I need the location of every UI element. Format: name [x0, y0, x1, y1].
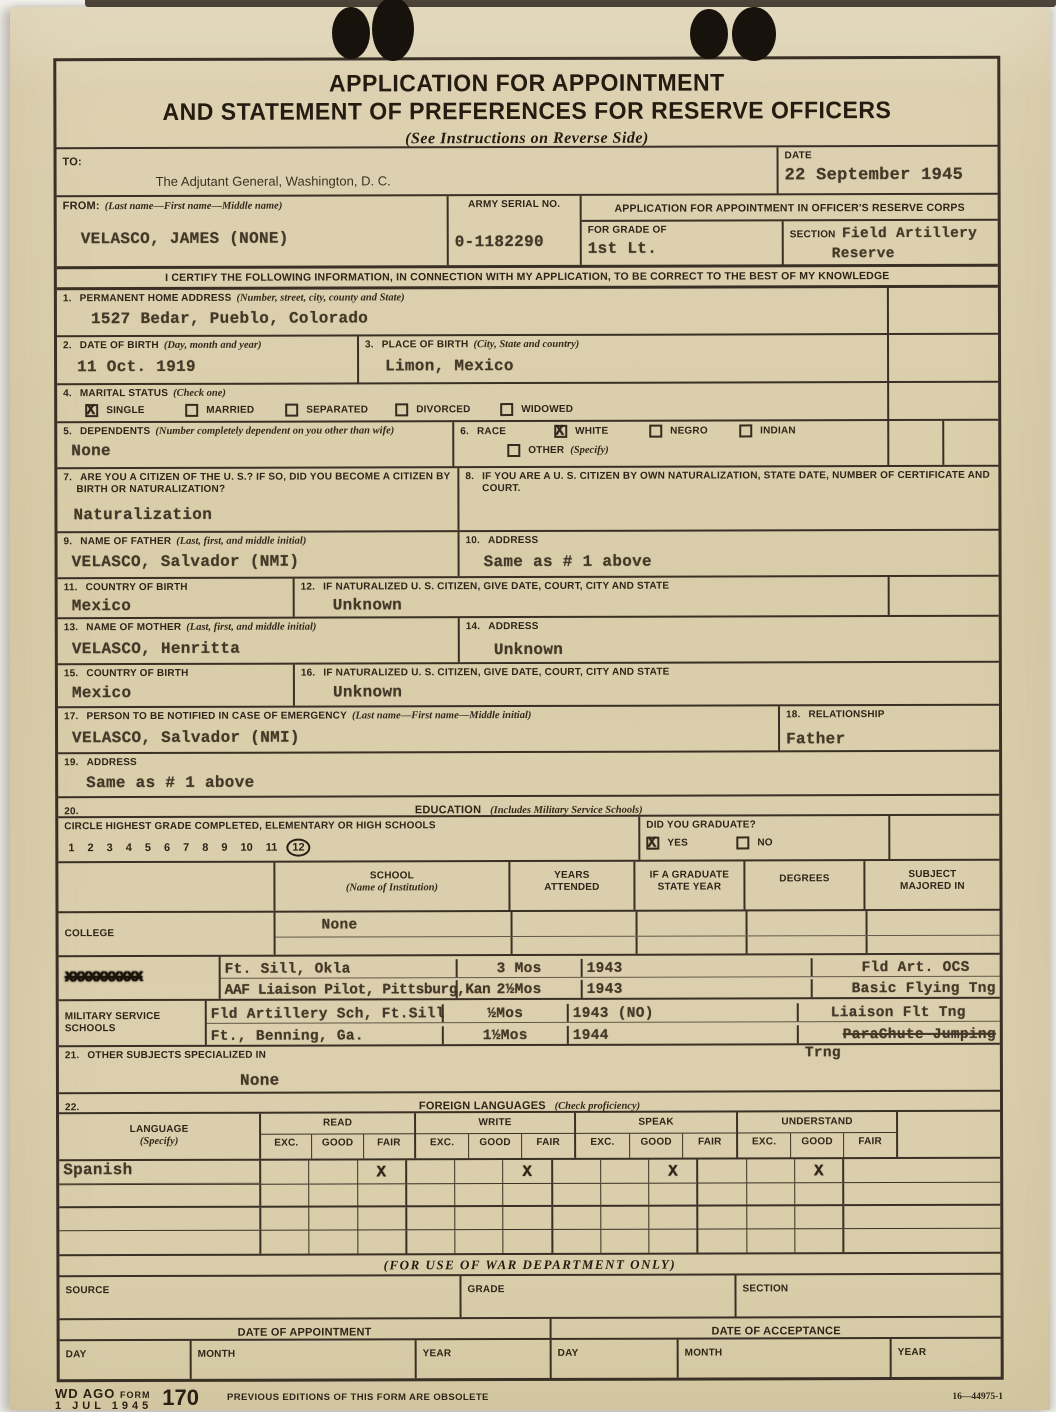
college-school-value: None	[322, 917, 358, 933]
checkbox-white: X	[554, 425, 567, 438]
grade-completed-row: CIRCLE HIGHEST GRADE COMPLETED, ELEMENTA…	[58, 814, 999, 861]
section-value-1: Field Artillery	[842, 226, 977, 242]
date-of-appointment-header: DATE OF APPOINTMENT	[60, 1319, 550, 1339]
certify-statement: I CERTIFY THE FOLLOWING INFORMATION, IN …	[57, 264, 998, 287]
col-read: READ EXC.GOODFAIR	[259, 1113, 414, 1158]
col-language: LANGUAGE (Specify)	[59, 1114, 259, 1160]
from-value: VELASCO, JAMES (NONE)	[81, 229, 441, 248]
appointment-month-field: MONTH	[190, 1340, 415, 1379]
field-8-naturalization-details: 8.IF YOU ARE A U. S. CITIZEN BY OWN NATU…	[457, 467, 998, 530]
appointment-year-field: YEAR	[415, 1340, 550, 1378]
language-row-empty	[59, 1182, 1000, 1206]
field-19-address: 19.ADDRESS Same as # 1 above	[58, 750, 999, 796]
father-country-value: Mexico	[72, 597, 287, 616]
to-label: TO:	[63, 156, 82, 168]
from-hint: (Last name—First name—Middle name)	[105, 201, 283, 212]
field-5-dependents: 5.DEPENDENTS(Number completely dependent…	[57, 422, 452, 467]
from-field: FROM: (Last name—First name—Middle name)…	[57, 196, 447, 266]
field-4-marital-status: 4.MARITAL STATUS(Check one) XSINGLE MARR…	[57, 381, 998, 421]
date-field: DATE 22 September 1945	[777, 147, 998, 194]
checkbox-separated	[285, 404, 298, 417]
form-date: 1 JUL 1945	[55, 1401, 152, 1410]
checkbox-graduate-yes: X	[646, 837, 659, 850]
field-21-other-subjects: 21.OTHER SUBJECTS SPECIALIZED IN None	[59, 1043, 1000, 1092]
wd-grade-field: GRADE	[459, 1275, 734, 1317]
field-22-languages-header: 22. FOREIGN LANGUAGES (Check proficiency…	[59, 1090, 1000, 1112]
education-row: Ft., Benning, Ga. 1½Mos 1944 ParaChute J…	[207, 1021, 1000, 1045]
to-field: TO: The Adjutant General, Washington, D.…	[57, 147, 777, 195]
military-row-label: MILITARY SERVICE SCHOOLS	[65, 1011, 199, 1035]
education-row: Fld Artillery Sch, Ft.Sill ½Mos 1943 (NO…	[207, 999, 1000, 1024]
section-value-2: Reserve	[832, 246, 992, 262]
col-if-graduate: IF A GRADUATE STATE YEAR	[633, 861, 743, 909]
fields-2-3-row: 2.DATE OF BIRTH(Day, month and year) 11 …	[57, 333, 998, 383]
field-20-education-header: 20. EDUCATION (Includes Military Service…	[58, 794, 999, 816]
form-title-block: APPLICATION FOR APPOINTMENT AND STATEMEN…	[56, 59, 997, 147]
form-id-block: WD AGO FORM 1 JUL 1945	[55, 1388, 152, 1410]
ink-blot	[332, 7, 370, 59]
war-dept-source-row: SOURCE GRADE SECTION	[59, 1273, 1000, 1318]
scanned-form-paper: APPLICATION FOR APPOINTMENT AND STATEMEN…	[10, 7, 1050, 1410]
grade-numbers: 1234567891011 12	[68, 838, 632, 857]
acceptance-month-field: MONTH	[677, 1339, 890, 1378]
scanner-edge-artifact	[85, 0, 1056, 7]
language-table-header: LANGUAGE (Specify) READ EXC.GOODFAIR WRI…	[59, 1110, 1000, 1159]
office-use-cell	[942, 421, 998, 465]
education-struck-group: XXXXXXXXXX Ft. Sill, Okla 3 Mos 1943 Fld…	[59, 953, 1000, 999]
field-15-mother-country: 15.COUNTRY OF BIRTH Mexico	[58, 665, 293, 707]
checkbox-negro	[649, 425, 662, 438]
grade-field: FOR GRADE OF 1st Lt.	[582, 221, 782, 266]
army-serial-field: ARMY SERIAL NO. 0-1182290	[447, 196, 580, 265]
checkbox-indian	[739, 424, 752, 437]
language-row-empty	[59, 1204, 1000, 1230]
mother-address-value: Unknown	[494, 640, 993, 659]
print-code: 16—44975-1	[952, 1392, 1015, 1402]
struck-row-label: XXXXXXXXXX	[65, 970, 142, 986]
from-label: FROM:	[63, 200, 100, 212]
ink-blot	[732, 7, 776, 61]
mother-name-value: VELASCO, Henritta	[72, 639, 452, 658]
other-subjects-value: None	[240, 1070, 994, 1090]
office-use-cell	[888, 816, 999, 859]
fields-5-6-row: 5.DEPENDENTS(Number completely dependent…	[57, 419, 998, 467]
army-serial-value: 0-1182290	[455, 233, 574, 251]
field-14-mother-address: 14.ADDRESS Unknown	[458, 617, 999, 662]
obsolete-note: PREVIOUS EDITIONS OF THIS FORM ARE OBSOL…	[227, 1392, 489, 1403]
from-row: FROM: (Last name—First name—Middle name)…	[57, 193, 998, 266]
form-title-line1: APPLICATION FOR APPOINTMENT	[75, 69, 978, 99]
wd-ago-form-170: APPLICATION FOR APPOINTMENT AND STATEMEN…	[53, 56, 1003, 1382]
language-row-empty	[59, 1228, 1000, 1254]
field-12-father-naturalized: 12.IF NATURALIZED U. S. CITIZEN, GIVE DA…	[293, 577, 888, 617]
father-address-value: Same as # 1 above	[484, 552, 993, 571]
field-18-relationship: 18.RELATIONSHIP Father	[778, 706, 999, 751]
war-dept-header: (FOR USE OF WAR DEPARTMENT ONLY)	[59, 1252, 1000, 1275]
form-title-line2: AND STATEMENT OF PREFERENCES FOR RESERVE…	[75, 97, 978, 127]
form-number: 170	[162, 1388, 199, 1408]
education-military-group: MILITARY SERVICE SCHOOLS Fld Artillery S…	[59, 997, 1000, 1045]
field-9-name-of-father: 9.NAME OF FATHER(Last, first, and middle…	[58, 532, 458, 577]
did-you-graduate-field: DID YOU GRADUATE? XYES NO	[638, 816, 888, 860]
mother-country-value: Mexico	[72, 684, 287, 703]
place-of-birth-value: Limon, Mexico	[385, 356, 881, 375]
date-value: 22 September 1945	[785, 166, 992, 186]
checkbox-other-race	[507, 444, 520, 457]
section-field: SECTION Field Artillery Reserve	[782, 221, 998, 266]
language-row-spanish: Spanish X X X X	[59, 1157, 1000, 1184]
education-row: Ft. Sill, Okla 3 Mos 1943 Fld Art. OCS	[221, 955, 1000, 979]
appointment-day-field: DAY	[60, 1341, 190, 1379]
office-use-cell	[888, 577, 999, 615]
checkbox-married	[185, 404, 198, 417]
father-name-value: VELASCO, Salvador (NMI)	[72, 552, 452, 571]
relationship-value: Father	[786, 730, 993, 749]
education-row: AAF Liaison Pilot, Pittsburg,Kan 2½Mos 1…	[221, 976, 1000, 999]
date-of-birth-value: 11 Oct. 1919	[77, 357, 351, 376]
language-value: Spanish	[63, 1161, 132, 1179]
col-write: WRITE EXC.GOODFAIR	[414, 1113, 574, 1158]
col-degrees: DEGREES	[743, 861, 863, 909]
wd-section-field: SECTION	[734, 1275, 1000, 1317]
home-address-value: 1527 Bedar, Pueblo, Colorado	[91, 308, 881, 328]
to-value: The Adjutant General, Washington, D. C.	[156, 172, 771, 189]
grade-circle-field: CIRCLE HIGHEST GRADE COMPLETED, ELEMENTA…	[58, 817, 638, 862]
field-1-permanent-home-address: 1.PERMANENT HOME ADDRESS(Number, street,…	[57, 285, 998, 335]
understand-fair-mark: X	[814, 1162, 824, 1180]
address-19-value: Same as # 1 above	[86, 772, 993, 792]
corps-header: APPLICATION FOR APPOINTMENT IN OFFICER'S…	[582, 195, 998, 222]
army-serial-label: ARMY SERIAL NO.	[455, 199, 574, 211]
speak-fair-mark: X	[668, 1163, 678, 1181]
field-7-citizen: 7.ARE YOU A CITIZEN OF THE U. S.? IF SO,…	[57, 468, 457, 531]
field-10-father-address: 10.ADDRESS Same as # 1 above	[458, 531, 999, 576]
war-dept-dmy-row: DAY MONTH YEAR DAY MONTH YEAR	[60, 1337, 1001, 1379]
col-school: SCHOOL (Name of Institution)	[273, 862, 508, 911]
acceptance-day-field: DAY	[550, 1340, 677, 1378]
emergency-contact-value: VELASCO, Salvador (NMI)	[72, 727, 772, 747]
fields-17-18-row: 17.PERSON TO BE NOTIFIED IN CASE OF EMER…	[58, 704, 999, 752]
ink-blot	[690, 9, 728, 59]
field-3-place-of-birth: 3.PLACE OF BIRTH(City, State and country…	[357, 335, 887, 382]
father-naturalized-value: Unknown	[333, 595, 882, 614]
source-field: SOURCE	[59, 1276, 459, 1318]
date-of-acceptance-header: DATE OF ACCEPTANCE	[550, 1318, 1001, 1338]
checkbox-single: X	[85, 404, 98, 417]
office-use-cell	[887, 288, 998, 333]
education-table-header: SCHOOL (Name of Institution) YEARS ATTEN…	[58, 859, 999, 911]
col-understand: UNDERSTAND EXC.GOODFAIR	[736, 1112, 896, 1157]
checkbox-widowed	[500, 403, 513, 416]
office-use-cell	[887, 335, 998, 381]
grade-value: 1st Lt.	[588, 239, 776, 257]
acceptance-year-field: YEAR	[890, 1339, 1001, 1377]
office-use-cell	[842, 1159, 1000, 1182]
office-use-cell	[887, 421, 942, 465]
office-use-cell	[896, 1112, 1000, 1157]
field-16-mother-naturalized: 16.IF NATURALIZED U. S. CITIZEN, GIVE DA…	[293, 663, 999, 706]
citizen-value: Naturalization	[73, 505, 451, 524]
checkbox-graduate-no	[736, 836, 749, 849]
to-row: TO: The Adjutant General, Washington, D.…	[57, 145, 998, 195]
section-label: SECTION	[790, 229, 836, 240]
education-college-group: COLLEGE None	[59, 909, 1000, 955]
date-label: DATE	[785, 150, 992, 163]
read-fair-mark: X	[377, 1163, 387, 1181]
college-row-label: COLLEGE	[65, 928, 115, 940]
war-dept-date-headers: DATE OF APPOINTMENT DATE OF ACCEPTANCE	[60, 1316, 1001, 1339]
col-subject: SUBJECT MAJORED IN	[863, 861, 999, 909]
fields-7-8-row: 7.ARE YOU A CITIZEN OF THE U. S.? IF SO,…	[57, 465, 998, 531]
fields-9-10-row: 9.NAME OF FATHER(Last, first, and middle…	[58, 529, 999, 577]
dependents-value: None	[71, 441, 446, 460]
fields-15-16-row: 15.COUNTRY OF BIRTH Mexico 16.IF NATURAL…	[58, 661, 999, 706]
reserve-corps-block: APPLICATION FOR APPOINTMENT IN OFFICER'S…	[580, 195, 998, 265]
circled-grade-12: 12	[286, 839, 310, 857]
field-17-emergency-contact: 17.PERSON TO BE NOTIFIED IN CASE OF EMER…	[58, 706, 778, 752]
field-13-name-of-mother: 13.NAME OF MOTHER(Last, first, and middl…	[58, 618, 458, 663]
fields-13-14-row: 13.NAME OF MOTHER(Last, first, and middl…	[58, 615, 999, 663]
write-fair-mark: X	[522, 1163, 532, 1181]
col-years-attended: YEARS ATTENDED	[508, 862, 633, 910]
checkbox-divorced	[395, 403, 408, 416]
col-speak: SPEAK EXC.GOODFAIR	[574, 1112, 736, 1157]
ink-blot	[372, 0, 414, 61]
grade-label: FOR GRADE OF	[588, 224, 776, 236]
form-footer: WD AGO FORM 1 JUL 1945 170 PREVIOUS EDIT…	[55, 1388, 1015, 1410]
field-6-race: 6.RACE XWHITE NEGRO INDIAN OTHER (Specif…	[452, 421, 887, 466]
mother-naturalized-value: Unknown	[333, 682, 993, 702]
office-use-cell	[887, 383, 998, 419]
field-2-date-of-birth: 2.DATE OF BIRTH(Day, month and year) 11 …	[57, 336, 357, 383]
field-11-father-country: 11.COUNTRY OF BIRTH Mexico	[58, 579, 293, 618]
fields-11-12-row: 11.COUNTRY OF BIRTH Mexico 12.IF NATURAL…	[58, 575, 999, 617]
